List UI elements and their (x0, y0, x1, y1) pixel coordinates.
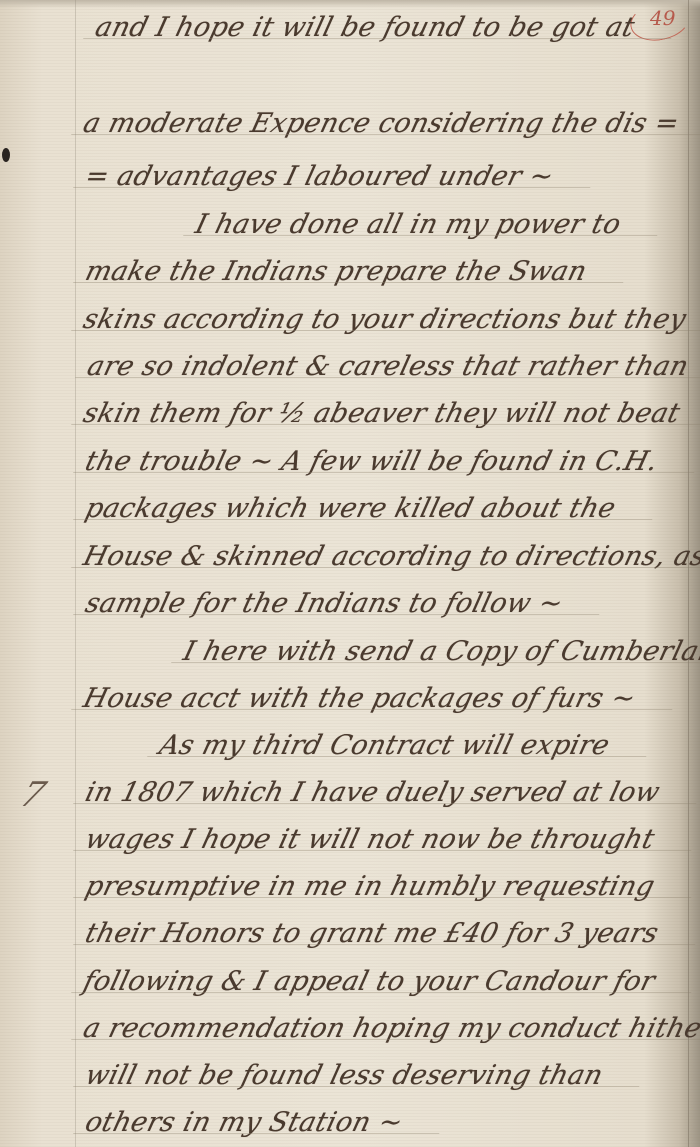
margin-annotation: 7 (15, 775, 51, 815)
text-line: packages which were killed about the (82, 493, 619, 524)
text-line: = advantages I laboured under ~ (82, 161, 557, 192)
text-line: make the Indians prepare the Swan (82, 256, 590, 287)
text-line: House & skinned according to directions,… (80, 541, 700, 572)
text-line: wages I hope it will not now be throught (82, 824, 658, 855)
page-edge-rule (688, 0, 689, 1147)
text-line: are so indolent & careless that rather t… (84, 351, 692, 382)
text-line: skin them for ½ abeaver they will not be… (80, 398, 683, 429)
text-line: the trouble ~ A few will be found in C.H… (82, 446, 661, 477)
text-line: and I hope it will be found to be got at (92, 12, 638, 43)
text-line: I have done all in my power to (192, 209, 624, 240)
text-line: others in my Station ~ (82, 1107, 406, 1138)
text-line: following & I appeal to your Candour for (80, 966, 658, 997)
text-line: presumptive in me in humbly requesting (82, 871, 658, 902)
text-line: a recommendation hoping my conduct hithe… (80, 1013, 700, 1044)
text-line: As my third Contract will expire (156, 730, 613, 761)
folio-number: 49 (650, 6, 675, 30)
text-line: skins according to your directions but t… (80, 304, 689, 335)
text-line: sample for the Indians to follow ~ (82, 588, 566, 619)
text-line: in 1807 which I have duely served at low (82, 777, 663, 808)
text-line: their Honors to grant me £40 for 3 years (82, 918, 662, 949)
left-margin-rule (75, 0, 76, 1147)
ink-blot (2, 148, 10, 162)
text-line: a moderate Expence considering the dis = (80, 108, 682, 139)
text-line: will not be found less deserving than (82, 1060, 606, 1091)
manuscript-page: 49 7 and I hope it will be found to be g… (0, 0, 700, 1147)
text-line: House acct with the packages of furs ~ (80, 683, 639, 714)
text-line: I here with send a Copy of Cumberland (180, 636, 700, 667)
